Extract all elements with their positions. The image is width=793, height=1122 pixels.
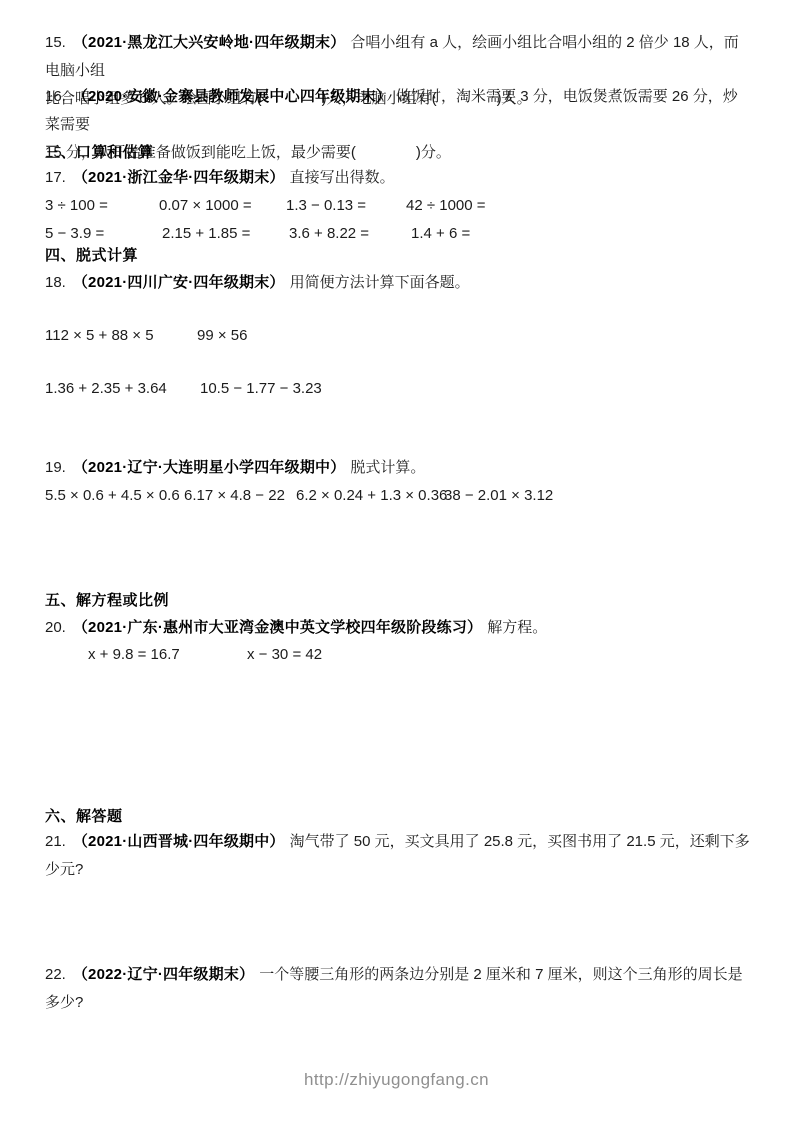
question-source: （2022·辽宁·四年级期末） xyxy=(73,966,254,983)
question-number: 16. xyxy=(45,88,66,105)
question-number: 15. xyxy=(45,34,66,51)
question-21: 21.（2021·山西晋城·四年级期中）淘气带了 50 元，买文具用了 25.8… xyxy=(45,828,751,884)
math-expression: 10.5 − 1.77 − 3.23 xyxy=(200,375,322,403)
q18-expression-row-2: 1.36 + 2.35 + 3.64 10.5 − 1.77 − 3.23 xyxy=(45,375,793,403)
q17-expression-row-1: 3 ÷ 100 = 0.07 × 1000 = 1.3 − 0.13 = 42 … xyxy=(45,192,793,220)
q18-expression-row-1: 112 × 5 + 88 × 5 99 × 56 xyxy=(45,322,793,350)
math-expression: 0.07 × 1000 = xyxy=(159,192,252,220)
question-17: 17.（2021·浙江金华·四年级期末）直接写出得数。 xyxy=(45,164,751,192)
section-heading-word-problems: 六、解答题 xyxy=(45,803,751,831)
math-expression: 1.3 − 0.13 = xyxy=(286,192,366,220)
question-number: 22. xyxy=(45,966,66,983)
question-number: 21. xyxy=(45,833,66,850)
question-source: （2020·安徽·金寨县教师发展中心四年级期末） xyxy=(73,88,391,105)
math-expression: 42 ÷ 1000 = xyxy=(406,192,486,220)
question-15-line1: 15.（2021·黑龙江大兴安岭地·四年级期末）合唱小组有 a 人，绘画小组比合… xyxy=(45,29,751,85)
math-expression: 1.36 + 2.35 + 3.64 xyxy=(45,375,167,403)
footer-url: http://zhiyugongfang.cn xyxy=(0,1066,793,1094)
question-19: 19.（2021·辽宁·大连明星小学四年级期中）脱式计算。 xyxy=(45,454,751,482)
question-20: 20.（2021·广东·惠州市大亚湾金澳中英文学校四年级阶段练习）解方程。 xyxy=(45,614,751,642)
question-number: 18. xyxy=(45,274,66,291)
math-expression: 99 × 56 xyxy=(197,322,247,350)
equation: x + 9.8 = 16.7 xyxy=(88,641,180,669)
question-18: 18.（2021·四川广安·四年级期末）用简便方法计算下面各题。 xyxy=(45,269,751,297)
math-expression: 6.17 × 4.8 − 22 xyxy=(184,482,285,510)
question-source: （2021·广东·惠州市大亚湾金澳中英文学校四年级阶段练习） xyxy=(73,619,482,636)
math-expression: 112 × 5 + 88 × 5 xyxy=(45,322,154,350)
math-expression: 6.2 × 0.24 + 1.3 × 0.36 xyxy=(296,482,447,510)
question-source: （2021·山西晋城·四年级期中） xyxy=(73,833,285,850)
question-source: （2021·浙江金华·四年级期末） xyxy=(73,169,285,186)
q19-expression-row: 5.5 × 0.6 + 4.5 × 0.6 6.17 × 4.8 − 22 6.… xyxy=(45,482,793,510)
question-text: 直接写出得数。 xyxy=(290,169,395,186)
question-text: 脱式计算。 xyxy=(350,459,425,476)
section-heading-solve-equations: 五、解方程或比例 xyxy=(45,587,751,615)
q20-equation-row: x + 9.8 = 16.7 x − 30 = 42 xyxy=(45,641,793,669)
math-expression: 5.5 × 0.6 + 4.5 × 0.6 xyxy=(45,482,180,510)
math-expression: 3 ÷ 100 = xyxy=(45,192,108,220)
section-heading-step-calculation: 四、脱式计算 xyxy=(45,242,751,270)
question-source: （2021·黑龙江大兴安岭地·四年级期末） xyxy=(73,34,346,51)
math-expression: 38 − 2.01 × 3.12 xyxy=(444,482,553,510)
equation: x − 30 = 42 xyxy=(247,641,322,669)
question-22: 22.（2022·辽宁·四年级期末）一个等腰三角形的两条边分别是 2 厘米和 7… xyxy=(45,961,751,1017)
question-number: 17. xyxy=(45,169,66,186)
question-number: 20. xyxy=(45,619,66,636)
question-number: 19. xyxy=(45,459,66,476)
question-text: 用简便方法计算下面各题。 xyxy=(290,274,470,291)
exam-page: 15.（2021·黑龙江大兴安岭地·四年级期末）合唱小组有 a 人，绘画小组比合… xyxy=(0,0,793,1122)
section-heading-oral-calculation: 三、口算和估算 xyxy=(45,139,751,167)
question-source: （2021·四川广安·四年级期末） xyxy=(73,274,285,291)
question-source: （2021·辽宁·大连明星小学四年级期中） xyxy=(73,459,346,476)
question-16-line1: 16.（2020·安徽·金寨县教师发展中心四年级期末）做饭时，淘米需要 3 分，… xyxy=(45,83,751,139)
question-text: 解方程。 xyxy=(487,619,547,636)
